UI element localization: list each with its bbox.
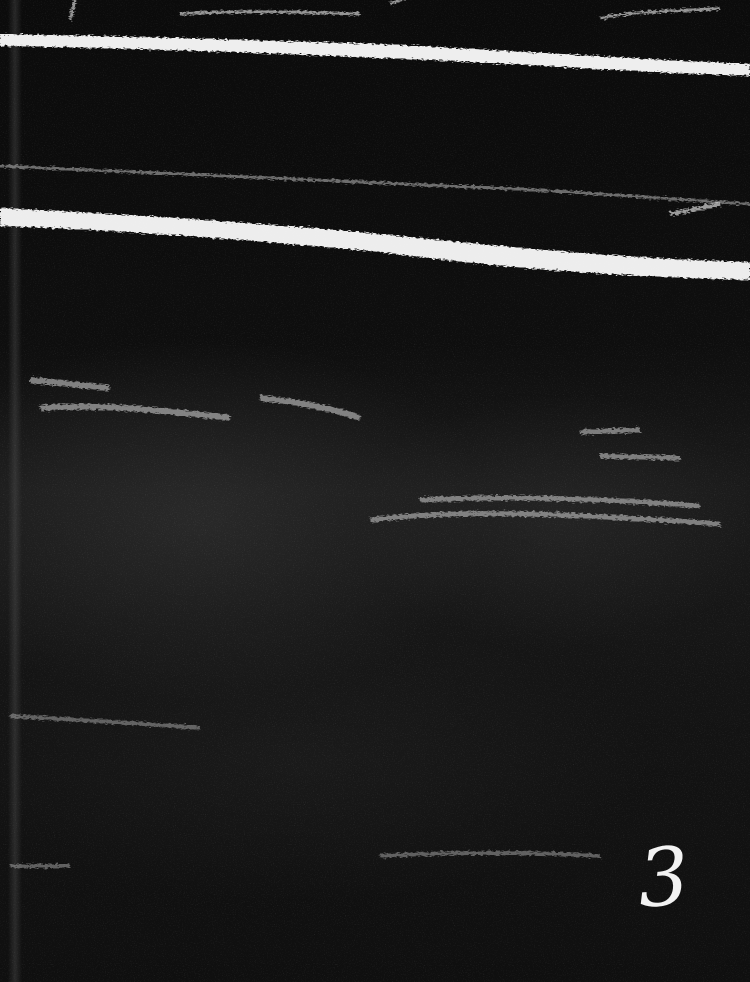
chalkboard-photo: 3 [0,0,750,982]
page-number: 3 [635,836,691,919]
